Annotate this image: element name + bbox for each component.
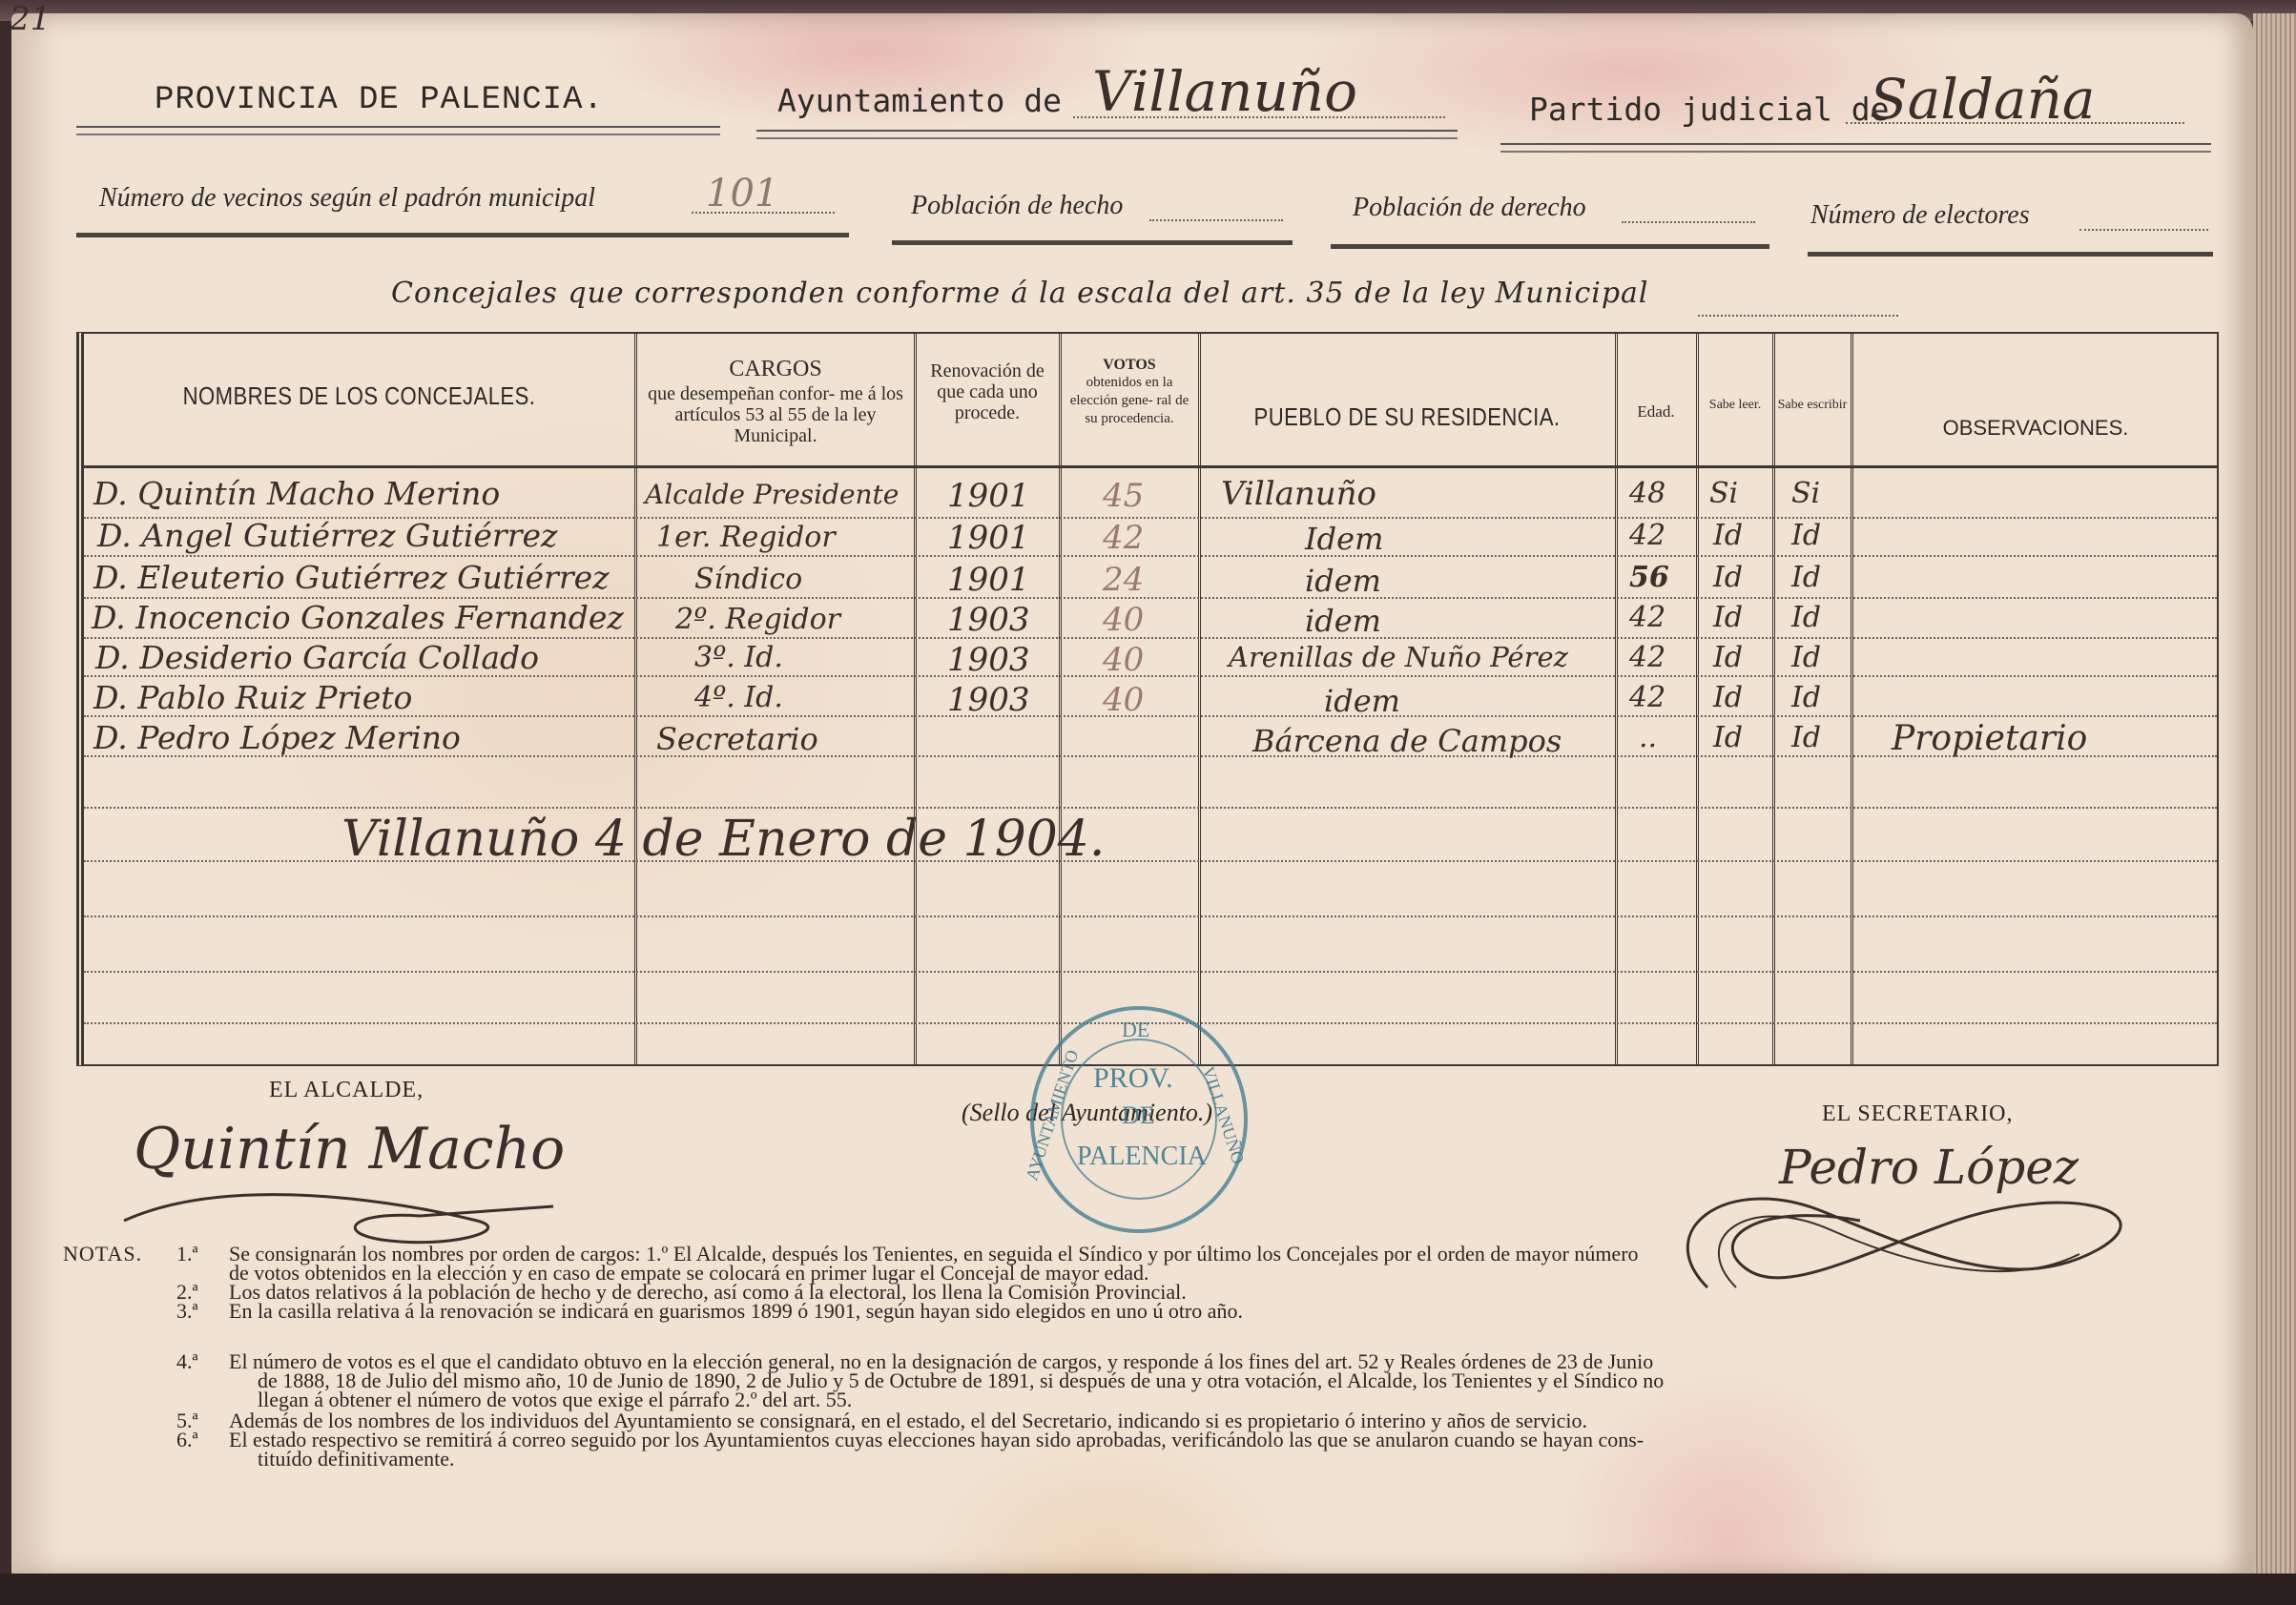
header-observaciones: OBSERVACIONES. <box>1854 416 2217 441</box>
stamp-text-top: DE <box>1122 1018 1149 1042</box>
header-cargos-title: CARGOS <box>637 357 914 382</box>
cell-pueblo: Idem <box>1305 521 1383 557</box>
cell-cargo: 1er. Regidor <box>656 521 836 554</box>
cell-nombre: D. Pablo Ruiz Prieto <box>93 679 412 716</box>
cell-escribir: Id <box>1791 721 1821 754</box>
cell-leer: Si <box>1709 477 1738 510</box>
col-divider <box>1772 334 1775 1064</box>
table-subtitle: Concejales que corresponden conforme á l… <box>391 277 1649 310</box>
cell-votos: 40 <box>1103 601 1144 639</box>
note-number: 3.ª <box>176 1302 198 1321</box>
partido-label: Partido judicial de <box>1529 91 1890 128</box>
header-rule <box>76 126 720 135</box>
cell-votos: 42 <box>1103 519 1144 557</box>
col-divider <box>1198 334 1201 1064</box>
header-edad: Edad. <box>1618 402 1694 422</box>
secretario-flourish-icon <box>1669 1163 2165 1297</box>
header-rule <box>756 130 1458 139</box>
row-rule <box>84 555 2217 557</box>
cell-pueblo: idem <box>1305 603 1381 639</box>
page-number: 21 <box>10 0 51 38</box>
cell-leer: Id <box>1713 561 1743 594</box>
cell-edad: .. <box>1639 721 1657 754</box>
cell-nombre: D. Quintín Macho Merino <box>93 475 500 512</box>
cell-edad: 48 <box>1629 477 1665 510</box>
header-votos-sub: obtenidos en la elección gene- ral de su… <box>1063 374 1196 428</box>
cell-cargo: Secretario <box>656 721 818 757</box>
col-divider <box>914 334 917 1064</box>
col-divider <box>1615 334 1618 1064</box>
province-title: PROVINCIA DE PALENCIA. <box>155 82 604 118</box>
cell-nombre: D. Angel Gutiérrez Gutiérrez <box>97 517 557 554</box>
header-divider <box>84 465 2217 468</box>
notes-label: NOTAS. <box>63 1245 142 1264</box>
alcalde-label: EL ALCALDE, <box>269 1078 424 1103</box>
note-text: En la casilla relativa á la renovación s… <box>229 1302 1243 1321</box>
note-text-cont: tituído definitivamente. <box>258 1450 455 1469</box>
cell-cargo: 4º. Id. <box>694 681 783 714</box>
note-text-cont: llegan á obtener el número de votos que … <box>258 1390 852 1410</box>
col-divider <box>1059 334 1062 1064</box>
cell-renovacion: 1901 <box>947 477 1030 515</box>
book-binding-bottom <box>0 1574 2296 1605</box>
note-number: 6.ª <box>176 1430 198 1450</box>
derecho-dots <box>1622 221 1755 223</box>
cell-votos: 40 <box>1103 641 1144 679</box>
cell-escribir: Si <box>1791 477 1820 510</box>
cell-escribir: Id <box>1791 641 1821 674</box>
secretario-label: EL SECRETARIO, <box>1822 1101 2014 1127</box>
header-leer: Sabe leer. <box>1700 391 1770 420</box>
vecinos-label: Número de vecinos según el padrón munici… <box>99 183 595 214</box>
cell-votos: 24 <box>1103 561 1144 599</box>
cell-cargo: Alcalde Presidente <box>645 479 899 510</box>
cell-leer: Id <box>1713 681 1743 714</box>
census-rule <box>1331 244 1769 249</box>
cell-renovacion: 1903 <box>947 601 1030 639</box>
cell-nombre: D. Pedro López Merino <box>93 719 461 756</box>
hecho-dots <box>1149 219 1283 221</box>
date-line: Villanuño 4 de Enero de 1904. <box>341 811 1105 868</box>
stamp-text-center1: PROV. <box>1093 1062 1173 1095</box>
note-number: 1.ª <box>176 1245 198 1264</box>
cell-escribir: Id <box>1791 519 1821 552</box>
page-stack-edge <box>2253 13 2296 1577</box>
council-table: NOMBRES DE LOS CONCEJALES. CARGOS que de… <box>76 332 2219 1066</box>
cell-leer: Id <box>1713 601 1743 634</box>
subtitle-dots <box>1698 315 1898 317</box>
cell-leer: Id <box>1713 721 1743 754</box>
stamp-text-center2: DE <box>1122 1101 1155 1130</box>
cell-observaciones: Propietario <box>1892 719 2087 758</box>
electores-label: Número de electores <box>1810 200 2030 231</box>
cell-escribir: Id <box>1791 601 1821 634</box>
col-divider <box>634 334 637 1064</box>
partido-value: Saldaña <box>1870 67 2096 132</box>
cell-pueblo: Arenillas de Nuño Pérez <box>1229 641 1568 673</box>
cell-renovacion: 1903 <box>947 681 1030 719</box>
header-escribir: Sabe escribir <box>1776 391 1849 420</box>
cell-pueblo: Bárcena de Campos <box>1252 723 1562 759</box>
municipal-stamp: DE PROV. DE PALENCIA AYUNTAMIENTO VILLAN… <box>1030 1006 1248 1233</box>
row-rule <box>84 807 2217 809</box>
cell-pueblo: idem <box>1324 683 1400 719</box>
census-rule <box>76 233 849 237</box>
cell-edad: 42 <box>1629 601 1665 634</box>
col-divider <box>1696 334 1699 1064</box>
cell-renovacion: 1901 <box>947 519 1030 557</box>
derecho-label: Población de derecho <box>1353 193 1586 223</box>
cell-nombre: D. Eleuterio Gutiérrez Gutiérrez <box>93 559 610 596</box>
hecho-label: Población de hecho <box>911 191 1123 221</box>
row-rule <box>84 916 2217 917</box>
cell-escribir: Id <box>1791 561 1821 594</box>
cell-cargo: 3º. Id. <box>694 641 783 674</box>
cell-leer: Id <box>1713 641 1743 674</box>
ayuntamiento-value: Villanuño <box>1092 59 1357 124</box>
cell-votos: 45 <box>1103 477 1144 515</box>
cell-cargo: 2º. Regidor <box>675 603 840 636</box>
col-divider <box>1851 334 1853 1064</box>
cell-edad: 42 <box>1629 641 1665 674</box>
cell-edad: 56 <box>1629 561 1669 594</box>
cell-edad: 42 <box>1629 681 1665 714</box>
census-rule <box>892 240 1293 245</box>
note-number: 4.ª <box>176 1352 198 1371</box>
electores-dots <box>2079 229 2208 231</box>
cell-pueblo: idem <box>1305 563 1381 599</box>
header-rule <box>1500 143 2211 153</box>
cell-renovacion: 1901 <box>947 561 1030 599</box>
header-votos-title: VOTOS <box>1063 357 1196 374</box>
vecinos-value: 101 <box>706 172 778 216</box>
alcalde-flourish-icon <box>114 1163 572 1249</box>
cell-votos: 40 <box>1103 681 1144 719</box>
header-renovacion: Renovación de que cada uno procede. <box>918 360 1057 423</box>
cell-edad: 42 <box>1629 519 1665 552</box>
cell-leer: Id <box>1713 519 1743 552</box>
cell-nombre: D. Desiderio García Collado <box>95 639 539 676</box>
header-nombres: NOMBRES DE LOS CONCEJALES. <box>125 381 592 411</box>
stamp-text-center3: PALENCIA <box>1077 1142 1207 1172</box>
header-cargos-sub: que desempeñan confor- me á los artículo… <box>639 383 912 446</box>
cell-nombre: D. Inocencio Gonzales Fernandez <box>92 599 624 636</box>
ayuntamiento-label: Ayuntamiento de <box>777 82 1062 119</box>
cell-cargo: Síndico <box>694 563 802 596</box>
census-rule <box>1808 252 2213 257</box>
row-rule <box>84 971 2217 973</box>
cell-escribir: Id <box>1791 681 1821 714</box>
header-pueblo: PUEBLO DE SU RESIDENCIA. <box>1232 402 1582 432</box>
cell-pueblo: Villanuño <box>1221 475 1376 513</box>
cell-renovacion: 1903 <box>947 641 1030 679</box>
